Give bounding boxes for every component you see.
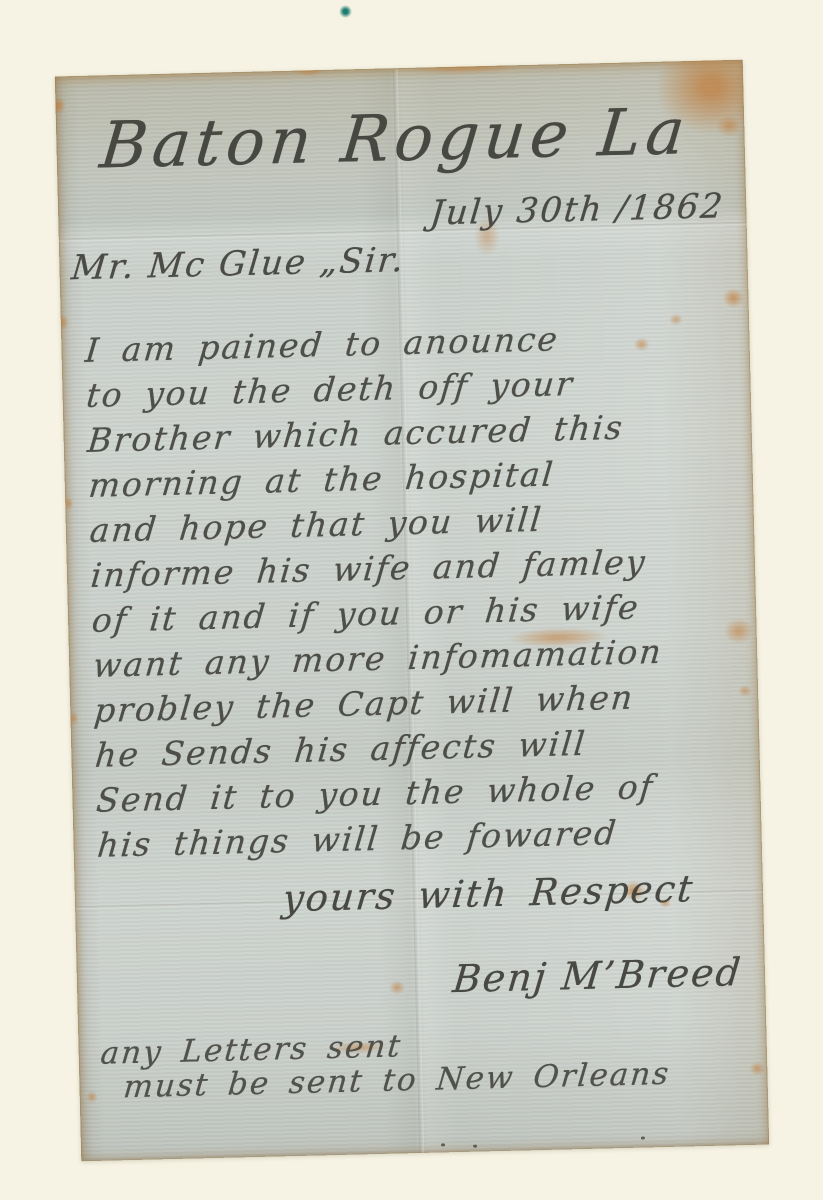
dirt-speck (473, 1145, 477, 1148)
foxing-stain (55, 96, 66, 114)
teal-mark (339, 5, 352, 18)
signature-line: Benj M’Breed (451, 950, 744, 1001)
foxing-stain (63, 496, 73, 510)
foxing-stain (295, 64, 325, 77)
foxing-stain (389, 980, 405, 994)
foxing-stain (68, 711, 78, 725)
foxing-stain (749, 1062, 765, 1076)
foxing-stain (57, 314, 69, 330)
date-line: July 30th /1862 (428, 186, 726, 233)
letter-paper: Baton Rogue La July 30th /1862 Mr. Mc Gl… (55, 60, 769, 1161)
salutation-line: Mr. Mc Glue „Sir. (70, 240, 407, 288)
place-line: Baton Rogue La (97, 95, 693, 184)
letter-photo: Baton Rogue La July 30th /1862 Mr. Mc Gl… (0, 0, 823, 1200)
foxing-stain (722, 288, 744, 309)
letter-body: I am pained to anounce to you the deth o… (85, 312, 754, 868)
closing-line: yours with Respect (281, 867, 696, 920)
dirt-speck (441, 1143, 445, 1146)
foxing-stain (405, 60, 525, 76)
foxing-stain (86, 1091, 98, 1103)
foxing-stain (716, 115, 743, 138)
dirt-speck (641, 1136, 645, 1139)
